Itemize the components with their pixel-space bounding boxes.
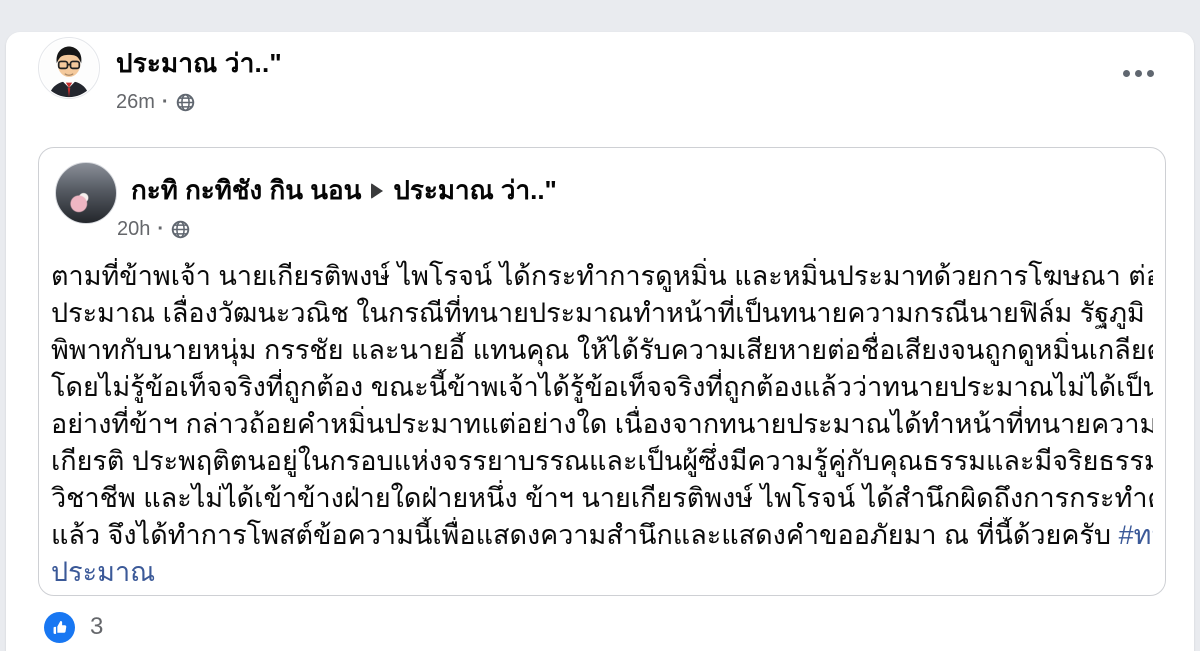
post-body-line: วิชาชีพ และไม่ได้เข้าข้างฝ่ายใดฝ่ายหนึ่ง…	[51, 480, 1153, 517]
reactions-row: 3	[44, 607, 1164, 647]
post-meta: 26m ·	[116, 91, 282, 114]
shared-header-text: กะทิ กะทิชัง กิน นอน ประมาณ ว่า.." 20h ·	[117, 162, 557, 241]
shared-author-avatar[interactable]	[55, 162, 117, 224]
post-body-line: อย่างที่ข้าฯ กล่าวถ้อยคำหมิ่นประมาทแต่อย…	[51, 406, 1153, 443]
globe-privacy-icon	[171, 220, 190, 239]
post-body-line: พิพาทกับนายหนุ่ม กรรชัย และนายอี้ แทนคุณ…	[51, 332, 1153, 369]
like-count[interactable]: 3	[90, 613, 103, 641]
shared-post-title: กะทิ กะทิชัง กิน นอน ประมาณ ว่า.."	[131, 162, 557, 211]
shared-post-timestamp[interactable]: 20h	[117, 218, 150, 241]
post-body: ตามที่ข้าพเจ้า นายเกียรติพงษ์ ไพโรจน์ ได…	[39, 241, 1165, 595]
hashtag-link[interactable]: ประมาณ	[51, 557, 155, 587]
meta-separator: ·	[157, 218, 164, 241]
post-body-line: โดยไม่รู้ข้อเท็จจริงที่ถูกต้อง ขณะนี้ข้า…	[51, 369, 1153, 406]
shared-to-arrow-icon	[371, 183, 383, 199]
post-header-text: ประมาณ ว่า.." 26m ·	[116, 37, 282, 114]
like-reaction-icon[interactable]	[44, 612, 75, 643]
more-options-button[interactable]	[1117, 60, 1160, 87]
post-body-line: ประมาณ เลื่องวัฒนะวณิช ในกรณีที่ทนายประม…	[51, 295, 1153, 332]
shared-author-name[interactable]: กะทิ กะทิชัง กิน นอน	[131, 170, 361, 211]
thumbs-up-icon	[50, 618, 69, 637]
post-body-line: แล้ว จึงได้ทำการโพสต์ข้อความนี้เพื่อแสดง…	[51, 517, 1153, 554]
post-body-line: ประมาณ	[51, 554, 1153, 591]
meta-separator: ·	[162, 91, 169, 114]
shared-target-page-name[interactable]: ประมาณ ว่า.."	[393, 170, 557, 211]
post-header: ประมาณ ว่า.." 26m ·	[6, 32, 1194, 114]
page-name[interactable]: ประมาณ ว่า.."	[116, 43, 282, 84]
post-timestamp[interactable]: 26m	[116, 91, 155, 114]
shared-post-header: กะทิ กะทิชัง กิน นอน ประมาณ ว่า.." 20h ·	[39, 148, 1165, 241]
shared-post-card[interactable]: กะทิ กะทิชัง กิน นอน ประมาณ ว่า.." 20h ·…	[38, 147, 1166, 596]
facebook-post-card: ประมาณ ว่า.." 26m · กะทิ กะทิชัง กิ	[6, 32, 1194, 651]
dot-icon	[1135, 70, 1142, 77]
dot-icon	[1147, 70, 1154, 77]
globe-privacy-icon	[176, 93, 195, 112]
dot-icon	[1123, 70, 1130, 77]
page-avatar[interactable]	[38, 37, 100, 99]
hashtag-link[interactable]: #ทนาย	[1119, 520, 1153, 550]
post-body-line: เกียรติ ประพฤติตนอยู่ในกรอบแห่งจรรยาบรรณ…	[51, 443, 1153, 480]
cartoon-man-avatar-image	[39, 38, 99, 98]
post-body-line: ตามที่ข้าพเจ้า นายเกียรติพงษ์ ไพโรจน์ ได…	[51, 258, 1153, 295]
shared-post-meta: 20h ·	[117, 218, 557, 241]
